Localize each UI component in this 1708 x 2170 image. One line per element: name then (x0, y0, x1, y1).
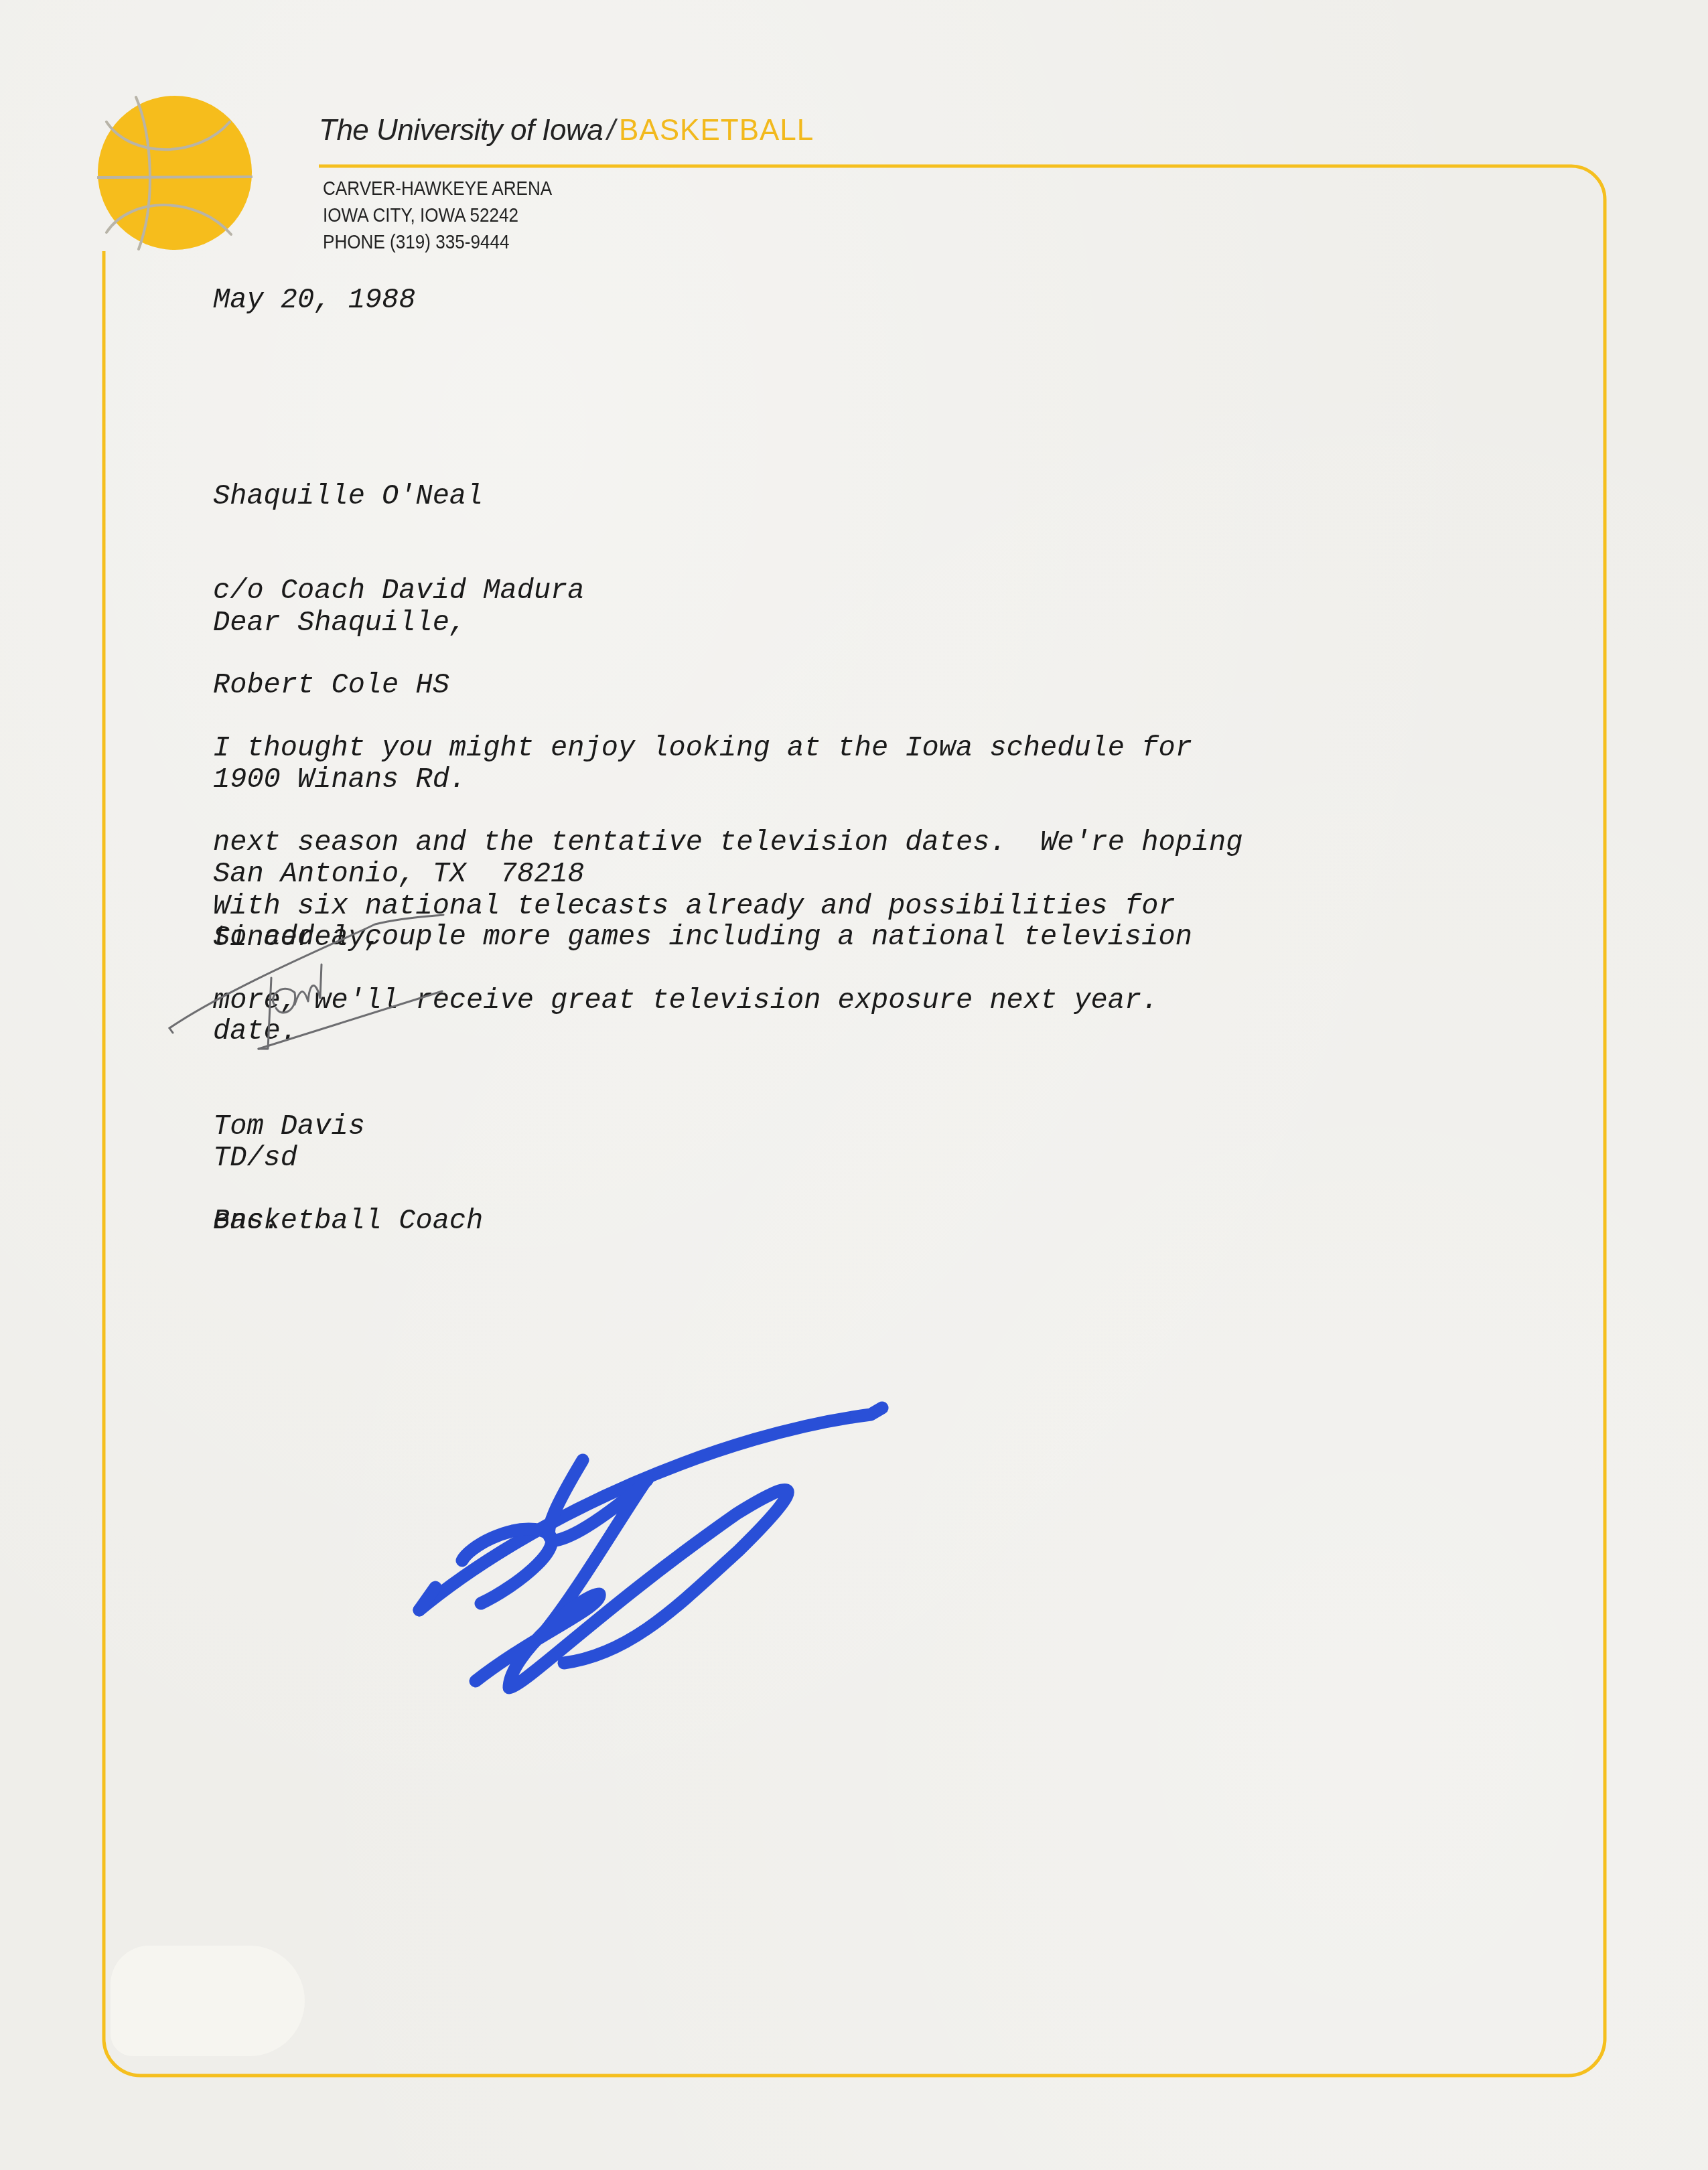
typist-initials: TD/sd (213, 1143, 297, 1174)
address-line: CARVER-HAWKEYE ARENA (323, 175, 552, 202)
letterhead-title: The University of Iowa/BASKETBALL (319, 114, 814, 147)
address-line: IOWA CITY, IOWA 52242 (323, 202, 552, 229)
institution-name: The University of Iowa (319, 114, 603, 147)
title-separator: / (607, 114, 615, 147)
department-name: BASKETBALL (619, 114, 814, 147)
paragraph-line: more, we'll receive great television exp… (213, 985, 1176, 1017)
basketball-icon (97, 95, 253, 250)
recipient-line: c/o Coach David Madura (213, 575, 585, 607)
paragraph-line: With six national telecasts already and … (213, 891, 1176, 922)
address-line: PHONE (319) 335-9444 (323, 229, 552, 256)
recipient-line: Shaquille O'Neal (213, 481, 585, 512)
letterhead-address: CARVER-HAWKEYE ARENA IOWA CITY, IOWA 522… (323, 175, 552, 256)
salutation: Dear Shaquille, (213, 607, 466, 639)
closing: Sincerely, (213, 922, 382, 954)
letter-date: May 20, 1988 (213, 285, 415, 316)
enclosure-note: enc. (213, 1206, 281, 1237)
signer-name: Tom Davis (213, 1111, 483, 1143)
paragraph-line: I thought you might enjoy looking at the… (213, 733, 1242, 764)
